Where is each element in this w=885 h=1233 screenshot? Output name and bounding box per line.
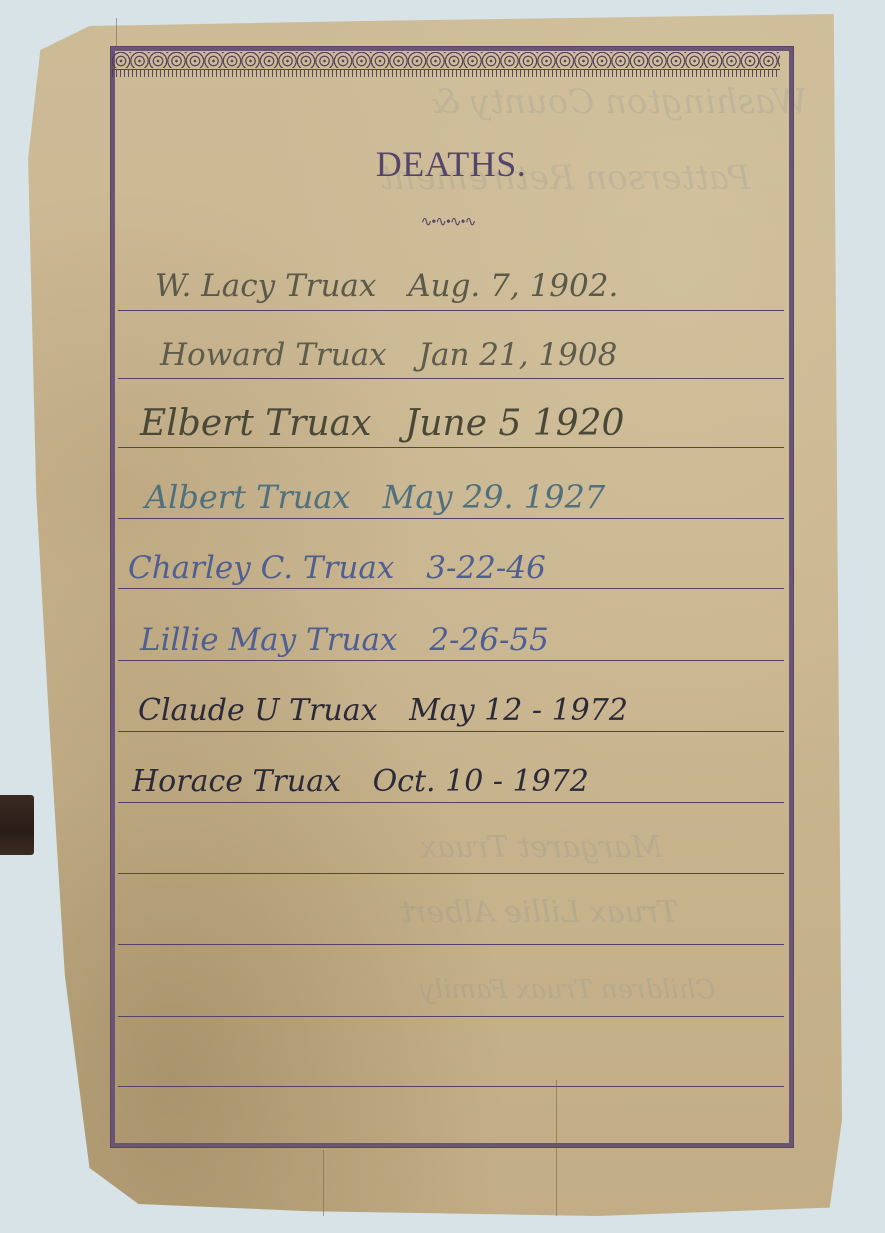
deceased-name: Horace Truax	[132, 764, 341, 799]
paper-crease	[323, 1150, 324, 1216]
death-date: 2-26-55	[429, 622, 549, 658]
ruled-line	[118, 310, 784, 311]
death-entry: Elbert Truax June 5 1920	[140, 403, 624, 444]
ruled-line	[118, 1086, 784, 1087]
ruled-line	[118, 944, 784, 945]
death-entry: W. Lacy Truax Aug. 7, 1902.	[155, 268, 618, 304]
paper-crease	[556, 1080, 557, 1216]
death-date: June 5 1920	[405, 403, 625, 444]
death-date: May 29. 1927	[383, 478, 606, 516]
bookmark-ribbon	[0, 795, 34, 855]
death-entry: Claude U Truax May 12 - 1972	[138, 693, 628, 728]
death-entry: Albert Truax May 29. 1927	[145, 478, 605, 516]
death-entry: Lillie May Truax 2-26-55	[140, 622, 549, 658]
death-date: Jan 21, 1908	[419, 337, 618, 373]
death-entry: Horace Truax Oct. 10 - 1972	[132, 764, 589, 799]
death-date: 3-22-46	[426, 550, 546, 586]
ruled-line	[118, 802, 784, 803]
death-entry: Howard Truax Jan 21, 1908	[160, 337, 617, 373]
ruled-line	[118, 731, 784, 732]
death-date: Aug. 7, 1902.	[408, 268, 618, 304]
deceased-name: Claude U Truax	[138, 693, 378, 728]
ruled-line	[118, 660, 784, 661]
ruled-line	[118, 1016, 784, 1017]
deceased-name: Elbert Truax	[140, 403, 371, 444]
paper-crease	[116, 18, 117, 46]
ruled-line	[118, 588, 784, 589]
ruled-line	[118, 447, 784, 448]
deceased-name: Lillie May Truax	[140, 622, 397, 658]
ruled-line	[118, 378, 784, 379]
ruled-lines	[118, 0, 784, 1233]
deceased-name: Howard Truax	[160, 337, 387, 373]
deceased-name: Albert Truax	[145, 478, 350, 516]
ruled-line	[118, 873, 784, 874]
deceased-name: W. Lacy Truax	[155, 268, 376, 304]
ruled-line	[118, 518, 784, 519]
death-entry: Charley C. Truax 3-22-46	[128, 550, 546, 586]
death-date: May 12 - 1972	[409, 693, 628, 728]
deceased-name: Charley C. Truax	[128, 550, 394, 586]
death-date: Oct. 10 - 1972	[373, 764, 589, 799]
